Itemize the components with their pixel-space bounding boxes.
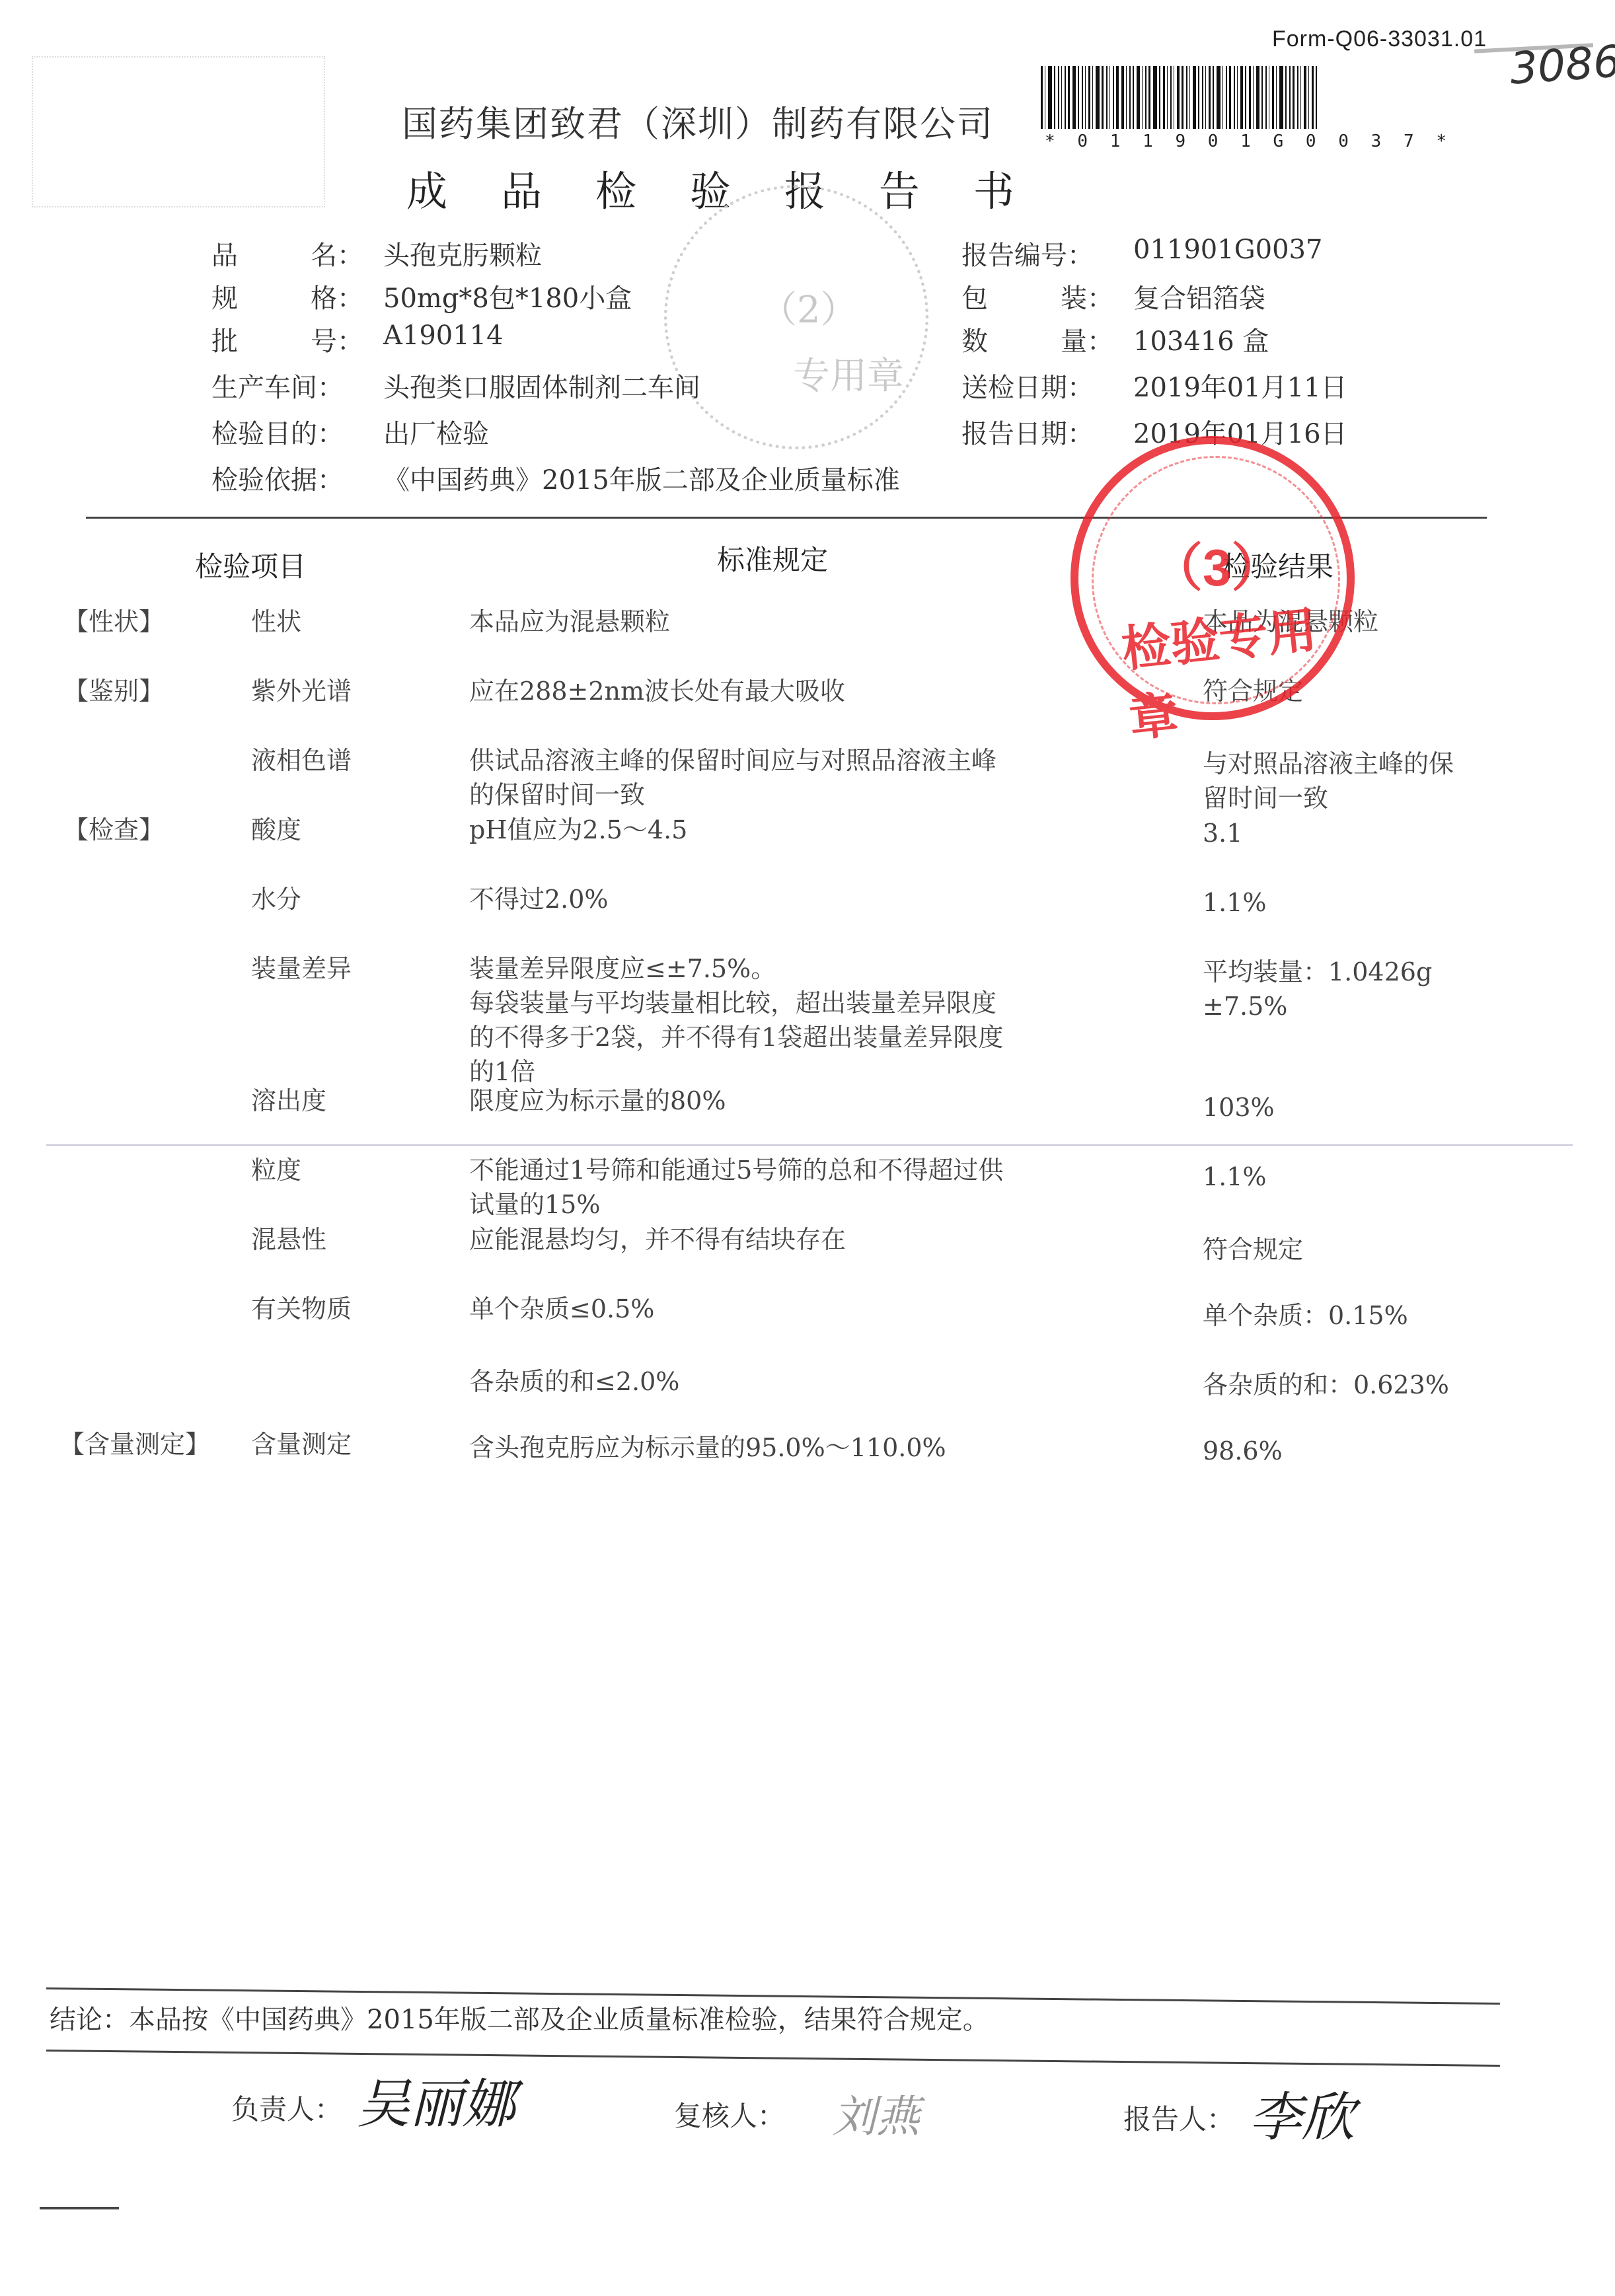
row-standard: pH值应为2.5～4.5 — [469, 813, 1123, 847]
barcode-bar — [1072, 66, 1076, 129]
barcode-char: 0 — [1306, 131, 1316, 151]
row-result: 平均装量：1.0426g±7.5% — [1203, 955, 1573, 1023]
barcode-bar — [1269, 66, 1269, 129]
barcode-bar — [1145, 66, 1146, 129]
field-label: 包装： — [961, 278, 1113, 315]
barcode-bar — [1153, 66, 1157, 129]
row-item: 紫外光谱 — [251, 674, 352, 708]
barcode-char: 3 — [1371, 131, 1382, 151]
barcode-bar — [1249, 66, 1251, 129]
header-test-item: 检验项目 — [195, 545, 306, 585]
scan-mark — [40, 2207, 119, 2209]
barcode-text: * 0 1 1 9 0 1 G 0 0 3 7 * — [1041, 131, 1450, 151]
barcode-char: * — [1045, 131, 1055, 151]
barcode-bar — [1205, 66, 1206, 129]
faint-divider — [46, 1144, 1573, 1146]
barcode-bar — [1304, 66, 1306, 129]
barcode-bar — [1237, 66, 1238, 129]
field-value: 《中国药典》2015年版二部及企业质量标准 — [383, 459, 900, 497]
barcode-bar — [1133, 66, 1134, 129]
signature-responsible: 吴丽娜 — [357, 2061, 515, 2137]
barcode-bar — [1182, 66, 1183, 129]
barcode-bar — [1229, 66, 1231, 129]
stamp-text: 检验专用章 — [1118, 588, 1353, 751]
barcode-bar — [1226, 66, 1227, 129]
row-standard: 装量差异限度应≤±7.5%。每袋装量与平均装量相比较，超出装量差异限度的不得多于… — [469, 951, 1123, 1089]
signature-label-reporter: 报告人： — [1123, 2098, 1234, 2137]
field-value: 复合铝箔袋 — [1133, 278, 1265, 315]
signature-label-reviewer: 复核人： — [674, 2094, 785, 2134]
field-value: 011901G0037 — [1133, 235, 1322, 272]
barcode-bar — [1261, 66, 1263, 129]
barcode-bar — [1293, 66, 1295, 129]
row-standard: 不能通过1号筛和能通过5号筛的总和不得超过供试量的15% — [469, 1153, 1123, 1222]
barcode-bar — [1276, 66, 1277, 129]
barcode-bar — [1222, 66, 1223, 129]
barcode-bar — [1148, 66, 1150, 129]
field-report-number: 报告编号： 011901G0037 — [961, 235, 1322, 272]
barcode-char: 1 — [1110, 131, 1121, 151]
barcode-bar — [1308, 66, 1309, 129]
barcode-bar — [1279, 66, 1283, 129]
barcode-char: 1 — [1240, 131, 1251, 151]
row-standard: 限度应为标示量的80% — [469, 1084, 1123, 1118]
row-result: 1.1% — [1203, 885, 1573, 920]
barcode-bar — [1245, 66, 1246, 129]
barcode-bar — [1240, 66, 1243, 129]
field-label: 数量： — [961, 320, 1113, 358]
barcode-bar — [1234, 66, 1235, 129]
signature-reviewer: 刘燕 — [833, 2081, 920, 2144]
field-report-date: 报告日期： 2019年01月16日 — [961, 413, 1347, 451]
barcode-bar — [1082, 66, 1083, 129]
field-basis: 检验依据： 《中国药典》2015年版二部及企业质量标准 — [211, 459, 900, 497]
field-value: 头孢克肟颗粒 — [383, 235, 542, 272]
barcode-bar — [1300, 66, 1301, 129]
barcode-char: 7 — [1404, 131, 1414, 151]
row-standard: 不得过2.0% — [469, 882, 1123, 916]
field-batch: 批号： A190114 — [211, 320, 504, 358]
barcode-bar — [1113, 66, 1114, 129]
title-char: 成 — [406, 159, 447, 217]
barcode-bar — [1316, 66, 1317, 129]
row-standard: 供试品溶液主峰的保留时间应与对照品溶液主峰的保留时间一致 — [469, 743, 1123, 812]
form-code: Form-Q06-33031.01 — [1272, 26, 1487, 52]
row-item: 溶出度 — [251, 1084, 326, 1118]
field-label: 批号： — [211, 320, 363, 358]
row-item: 酸度 — [251, 813, 301, 847]
stamp-number: （3） — [1151, 527, 1283, 601]
field-value: A190114 — [383, 320, 504, 358]
field-label: 检验依据： — [211, 459, 363, 497]
field-submission-date: 送检日期： 2019年01月11日 — [961, 367, 1347, 404]
barcode-bar — [1186, 66, 1187, 129]
row-result: 单个杂质：0.15% — [1203, 1298, 1573, 1333]
title-char: 检 — [595, 159, 636, 217]
field-label: 品名： — [211, 235, 363, 272]
barcode-bar — [1092, 66, 1093, 129]
field-label: 送检日期： — [961, 367, 1113, 404]
row-category: 【检查】 — [63, 813, 164, 847]
barcode-bar — [1137, 66, 1140, 129]
row-item: 性状 — [251, 605, 301, 639]
row-standard: 各杂质的和≤2.0% — [469, 1364, 1123, 1399]
field-label: 报告日期： — [961, 413, 1113, 451]
barcode-bar — [1054, 66, 1055, 129]
row-item: 装量差异 — [251, 951, 352, 986]
barcode-bar — [1289, 66, 1291, 129]
barcode-bar — [1163, 66, 1165, 129]
barcode-bar — [1272, 66, 1274, 129]
barcode-bar — [1202, 66, 1203, 129]
row-item: 液相色谱 — [251, 743, 352, 778]
document-title: 成 品 检 验 报 告 书 — [406, 159, 1014, 217]
barcode-char: 9 — [1175, 131, 1185, 151]
barcode-bar — [1048, 66, 1052, 129]
barcode-char: 0 — [1077, 131, 1088, 151]
row-result: 103% — [1203, 1090, 1573, 1125]
row-standard: 应在288±2nm波长处有最大吸收 — [469, 674, 1123, 708]
field-purpose: 检验目的： 出厂检验 — [211, 413, 489, 451]
barcode-bar — [1198, 66, 1199, 129]
barcode-bar — [1058, 66, 1059, 129]
row-standard: 本品应为混悬颗粒 — [469, 605, 1123, 639]
title-char: 告 — [879, 159, 920, 217]
barcode-bar — [1041, 66, 1043, 129]
barcode-bar — [1177, 66, 1180, 129]
title-char: 书 — [973, 159, 1014, 217]
field-quantity: 数量： 103416 盒 — [961, 320, 1269, 358]
barcode-bar — [1256, 66, 1259, 129]
barcode-bar — [1265, 66, 1267, 129]
barcode-bar — [1102, 66, 1104, 129]
barcode-bar — [1285, 66, 1287, 129]
handwritten-code: 3086 — [1509, 36, 1615, 94]
field-label: 生产车间： — [211, 367, 363, 404]
field-product-name: 品名： 头孢克肟颗粒 — [211, 235, 542, 272]
barcode-bar — [1170, 66, 1172, 129]
faint-scan-box — [32, 56, 325, 207]
company-name: 国药集团致君（深圳）制药有限公司 — [402, 96, 994, 147]
header-standard: 标准规定 — [717, 538, 828, 578]
field-value: 头孢类口服固体制剂二车间 — [383, 367, 700, 404]
field-value: 2019年01月11日 — [1133, 367, 1347, 404]
row-item: 混悬性 — [251, 1222, 326, 1257]
barcode-bar — [1253, 66, 1254, 129]
barcode-bar — [1193, 66, 1196, 129]
barcode-bar — [1078, 66, 1079, 129]
field-value: 50mg*8包*180小盒 — [383, 278, 632, 315]
conclusion: 结论：本品按《中国药典》2015年版二部及企业质量标准检验，结果符合规定。 — [50, 1999, 989, 2036]
barcode-bar — [1106, 66, 1108, 129]
title-char: 品 — [501, 159, 542, 217]
barcode-bar — [1116, 66, 1119, 129]
field-label: 规格： — [211, 278, 363, 315]
barcode-bar — [1297, 66, 1298, 129]
footer-bottom-line — [46, 2050, 1500, 2067]
inspection-seal-stamp: （3） 检验专用章 — [1070, 436, 1355, 720]
barcode-bar — [1085, 66, 1086, 129]
faded-stamp: （2） 专用章 — [664, 185, 928, 449]
barcode-bar — [1068, 66, 1070, 129]
stamp-text: 专用章 — [793, 347, 904, 400]
row-category: 【鉴别】 — [63, 674, 164, 708]
row-result: 各杂质的和：0.623% — [1203, 1368, 1573, 1402]
barcode-char: 1 — [1143, 131, 1153, 151]
barcode-char: 0 — [1208, 131, 1219, 151]
field-value: 103416 盒 — [1133, 320, 1269, 358]
signature-reporter: 李欣 — [1249, 2075, 1355, 2151]
barcode-bars — [1041, 66, 1450, 129]
barcode-bar — [1312, 66, 1314, 129]
field-label: 检验目的： — [211, 413, 363, 451]
barcode-bar — [1167, 66, 1168, 129]
row-item: 水分 — [251, 882, 301, 916]
field-label: 报告编号： — [961, 235, 1113, 272]
row-item: 粒度 — [251, 1153, 301, 1187]
barcode-bar — [1159, 66, 1160, 129]
barcode-bar — [1217, 66, 1221, 129]
barcode-bar — [1129, 66, 1131, 129]
barcode-char: 0 — [1338, 131, 1349, 151]
row-standard: 应能混悬均匀，并不得有结块存在 — [469, 1222, 1123, 1257]
field-workshop: 生产车间： 头孢类口服固体制剂二车间 — [211, 367, 700, 404]
row-category: 【含量测定】 — [59, 1427, 210, 1462]
barcode-bar — [1213, 66, 1214, 129]
barcode-bar — [1109, 66, 1110, 129]
barcode-char: G — [1273, 131, 1284, 151]
row-item: 含量测定 — [251, 1427, 352, 1462]
field-packaging: 包装： 复合铝箔袋 — [961, 278, 1265, 315]
row-standard: 含头孢克肟应为标示量的95.0%～110.0% — [469, 1430, 1123, 1465]
row-result: 与对照品溶液主峰的保留时间一致 — [1203, 747, 1573, 815]
barcode-bar — [1142, 66, 1143, 129]
row-result: 98.6% — [1203, 1434, 1573, 1468]
signature-label-responsible: 负责人： — [231, 2088, 342, 2128]
row-item: 有关物质 — [251, 1292, 352, 1326]
barcode-bar — [1088, 66, 1090, 129]
stamp-number: （2） — [760, 281, 858, 334]
barcode-bar — [1061, 66, 1062, 129]
row-result: 1.1% — [1203, 1160, 1573, 1194]
row-result: 3.1 — [1203, 816, 1573, 850]
barcode-char: * — [1436, 131, 1446, 151]
barcode-bar — [1189, 66, 1190, 129]
barcode-bar — [1174, 66, 1174, 129]
barcode-bar — [1045, 66, 1045, 129]
barcode-bar — [1096, 66, 1100, 129]
barcode-bar — [1065, 66, 1066, 129]
barcode-bar — [1126, 66, 1127, 129]
barcode-bar — [1121, 66, 1124, 129]
field-spec: 规格： 50mg*8包*180小盒 — [211, 278, 632, 315]
row-standard: 单个杂质≤0.5% — [469, 1292, 1123, 1326]
field-value: 出厂检验 — [383, 413, 489, 451]
row-category: 【性状】 — [63, 605, 164, 639]
row-result: 符合规定 — [1203, 1232, 1573, 1267]
barcode-bar — [1209, 66, 1211, 129]
barcode: * 0 1 1 9 0 1 G 0 0 3 7 * — [1041, 66, 1450, 151]
